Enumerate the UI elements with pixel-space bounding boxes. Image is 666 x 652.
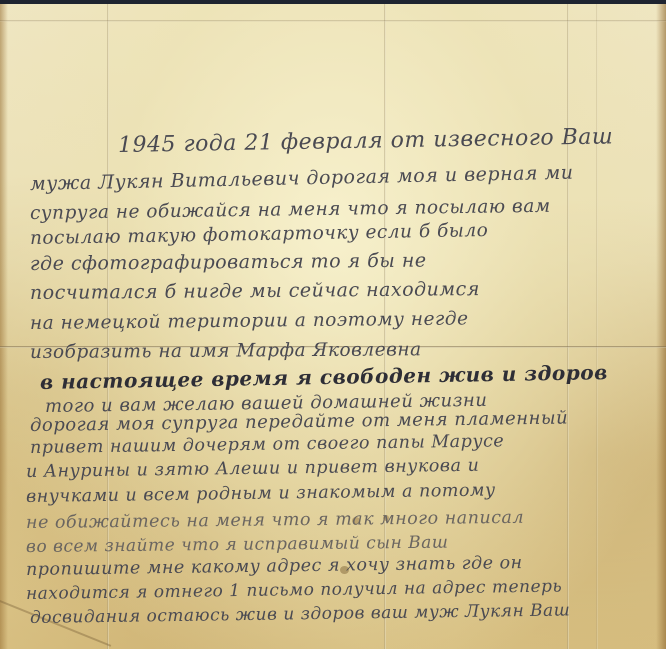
letter-line: пропишите мне какому адрес я хочу знать … <box>26 553 523 580</box>
letter-line: внучками и всем родным и знакомым а пото… <box>26 480 496 507</box>
letter-line: посылаю такую фотокарточку если б было <box>30 220 489 249</box>
paper-left-edge <box>0 4 8 649</box>
letter-line: и Анурины и зятю Алеши и привет внукова … <box>26 456 480 482</box>
letter-line: в настоящее время я свободен жив и здоро… <box>40 360 608 394</box>
fold-line-vertical <box>567 4 569 649</box>
letter-line: мужа Лукян Витальевич дорогая моя и верн… <box>30 162 574 195</box>
letter-line: где сфотографироваться то я бы не <box>30 250 427 275</box>
letter-line: не обижайтесь на меня что я так много на… <box>26 508 524 533</box>
fold-line-horizontal <box>0 20 666 22</box>
letter-line-date: 1945 года 21 февраля от извесного Ваш <box>118 124 614 158</box>
letter-scan: 1945 года 21 февраля от извесного Ваш му… <box>0 0 666 652</box>
letter-line: изобразить на имя Марфа Яковлевна <box>30 339 422 363</box>
letter-line-signature: досвидания остаюсь жив и здоров ваш муж … <box>30 600 571 628</box>
paper-right-edge <box>656 4 666 649</box>
fold-line-vertical <box>596 4 598 649</box>
letter-line: на немецкой територии а поэтому негде <box>30 308 469 334</box>
letter-line: привет нашим дочерям от своего папы Мару… <box>30 431 504 458</box>
letter-line: посчитался б нигде мы сейчас находимся <box>30 278 480 304</box>
